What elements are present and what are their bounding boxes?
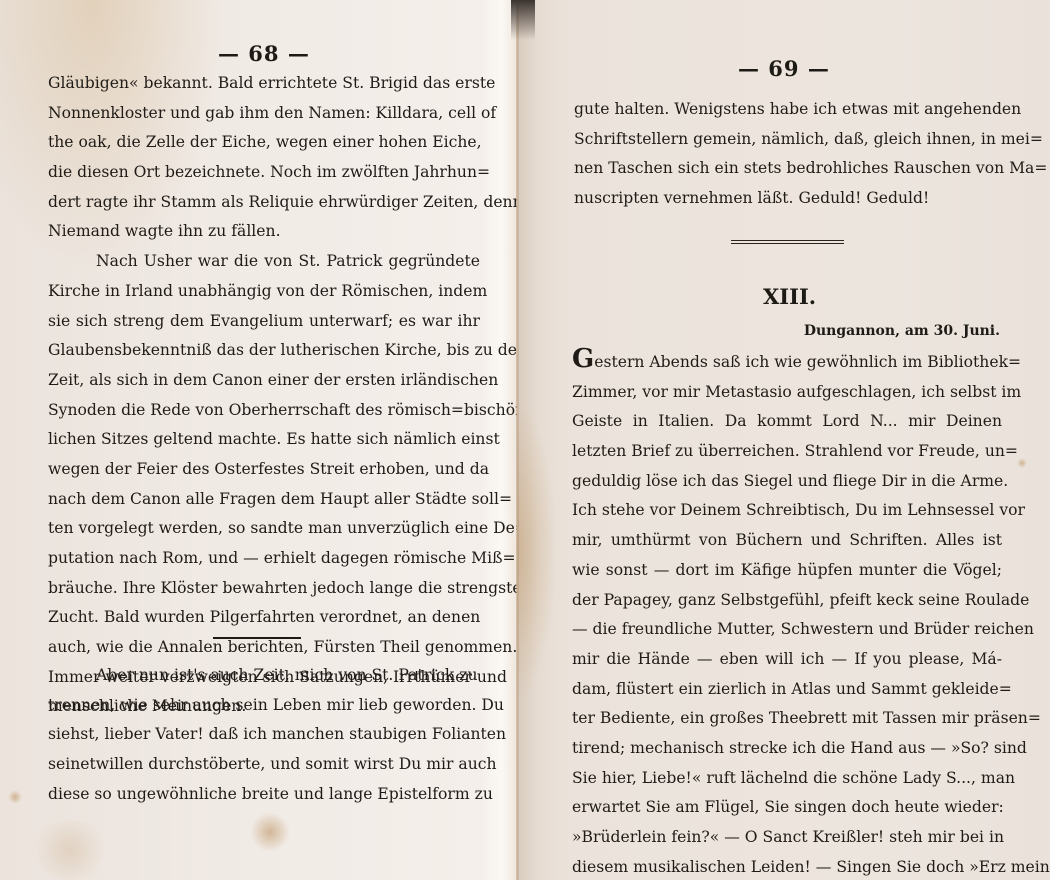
text-line: seinetwillen durchstöberte, und somit wi… — [48, 750, 472, 780]
text-line: nach dem Canon alle Fragen dem Haupt all… — [48, 485, 480, 515]
foxing-stain — [1017, 458, 1027, 468]
left-page: — 68 — Gläubigen« bekannt. Bald errichte… — [0, 0, 517, 880]
text-line: ten vorgelegt werden, so sandte man unve… — [48, 514, 480, 544]
text-line: Zimmer, vor mir Metastasio aufgeschlagen… — [572, 378, 1002, 408]
text-line: Sie hier, Liebe!« ruft lächelnd die schö… — [572, 764, 1002, 794]
text-line: trennen, wie sehr auch sein Leben mir li… — [48, 691, 472, 721]
text-line: Nach Usher war die von St. Patrick gegrü… — [48, 247, 480, 277]
text-line: nen Taschen sich ein stets bedrohliches … — [574, 154, 1002, 184]
foxing-stain — [8, 790, 22, 804]
text-line: der Papagey, ganz Selbstgefühl, pfeift k… — [572, 586, 1002, 616]
section-divider-rule — [213, 637, 301, 639]
text-line: ter Bediente, ein großes Theebrett mit T… — [572, 704, 1002, 734]
text-line: Kirche in Irland unabhängig von der Römi… — [48, 277, 480, 307]
foxing-stain — [250, 812, 290, 852]
text-line: Gläubigen« bekannt. Bald errichtete St. … — [48, 69, 480, 99]
text-line: bräuche. Ihre Klöster bewahrten jedoch l… — [48, 574, 480, 604]
text-line: mir, umthürmt von Büchern und Schriften.… — [572, 526, 1002, 556]
text-line: mir die Hände — eben will ich — If you p… — [572, 645, 1002, 675]
text-line: siehst, lieber Vater! daß ich manchen st… — [48, 720, 472, 750]
text-line: Geiste in Italien. Da kommt Lord N... mi… — [572, 407, 1002, 437]
text-line: dert ragte ihr Stamm als Reliquie ehrwür… — [48, 188, 480, 218]
foxing-stain — [30, 820, 110, 880]
gutter-shadow — [511, 0, 535, 40]
text-line: lichen Sitzes geltend machte. Es hatte s… — [48, 425, 480, 455]
page-number-left: — 68 — — [218, 41, 310, 66]
text-line: wie sonst — dort im Käfige hüpfen munter… — [572, 556, 1002, 586]
text-line: gute halten. Wenigstens habe ich etwas m… — [574, 95, 1002, 125]
double-rule-divider — [731, 240, 844, 244]
text-line: Synoden die Rede von Oberherrschaft des … — [48, 396, 480, 426]
text-line: Gestern Abends saß ich wie gewöhnlich im… — [572, 348, 1002, 378]
text-line: Aber nun ist's auch Zeit, mich von St. P… — [48, 661, 472, 691]
text-line: »Brüderlein fein?« — O Sanct Kreißler! s… — [572, 823, 1002, 853]
text-line: the oak, die Zelle der Eiche, wegen eine… — [48, 128, 480, 158]
text-line: Zeit, als sich in dem Canon einer der er… — [48, 366, 480, 396]
text-line: Schriftstellern gemein, nämlich, daß, gl… — [574, 125, 1002, 155]
text-line: Ich stehe vor Deinem Schreibtisch, Du im… — [572, 496, 1002, 526]
right-paragraph-2: Gestern Abends saß ich wie gewöhnlich im… — [572, 348, 1002, 880]
text-line: wegen der Feier des Osterfestes Streit e… — [48, 455, 480, 485]
letter-dateline: Dungannon, am 30. Juni. — [804, 323, 1000, 339]
text-line: putation nach Rom, und — erhielt dagegen… — [48, 544, 480, 574]
text-line: sie sich streng dem Evangelium unterwarf… — [48, 307, 480, 337]
text-line: erwartet Sie am Flügel, Sie singen doch … — [572, 793, 1002, 823]
text-line: Niemand wagte ihn zu fällen. — [48, 217, 480, 247]
left-paragraph-3: Aber nun ist's auch Zeit, mich von St. P… — [48, 661, 472, 809]
text-line: die diesen Ort bezeichnete. Noch im zwöl… — [48, 158, 480, 188]
book-spread: — 68 — Gläubigen« bekannt. Bald errichte… — [0, 0, 1050, 880]
text-line: Glaubensbekenntniß das der lutherischen … — [48, 336, 480, 366]
text-line: nuscripten vernehmen läßt. Geduld! Gedul… — [574, 184, 1002, 214]
text-line: diesem musikalischen Leiden! — Singen Si… — [572, 853, 1002, 880]
text-line: geduldig löse ich das Siegel und fliege … — [572, 467, 1002, 497]
drop-initial: G — [572, 344, 594, 374]
text-line: letzten Brief zu überreichen. Strahlend … — [572, 437, 1002, 467]
page-number-right: — 69 — — [738, 56, 830, 81]
chapter-heading: XIII. — [763, 284, 816, 309]
text-line: Zucht. Bald wurden Pilgerfahrten verordn… — [48, 603, 480, 633]
text-line: diese so ungewöhnliche breite und lange … — [48, 780, 472, 810]
text-line: Nonnenkloster und gab ihm den Namen: Kil… — [48, 99, 480, 129]
water-stain — [517, 400, 557, 700]
book-gutter — [516, 0, 519, 880]
left-paragraphs-1-2: Gläubigen« bekannt. Bald errichtete St. … — [48, 69, 480, 722]
text-line: — die freundliche Mutter, Schwestern und… — [572, 615, 1002, 645]
right-paragraph-1: gute halten. Wenigstens habe ich etwas m… — [574, 95, 1002, 214]
text-line: dam, flüstert ein zierlich in Atlas und … — [572, 675, 1002, 705]
text-line: tirend; mechanisch strecke ich die Hand … — [572, 734, 1002, 764]
